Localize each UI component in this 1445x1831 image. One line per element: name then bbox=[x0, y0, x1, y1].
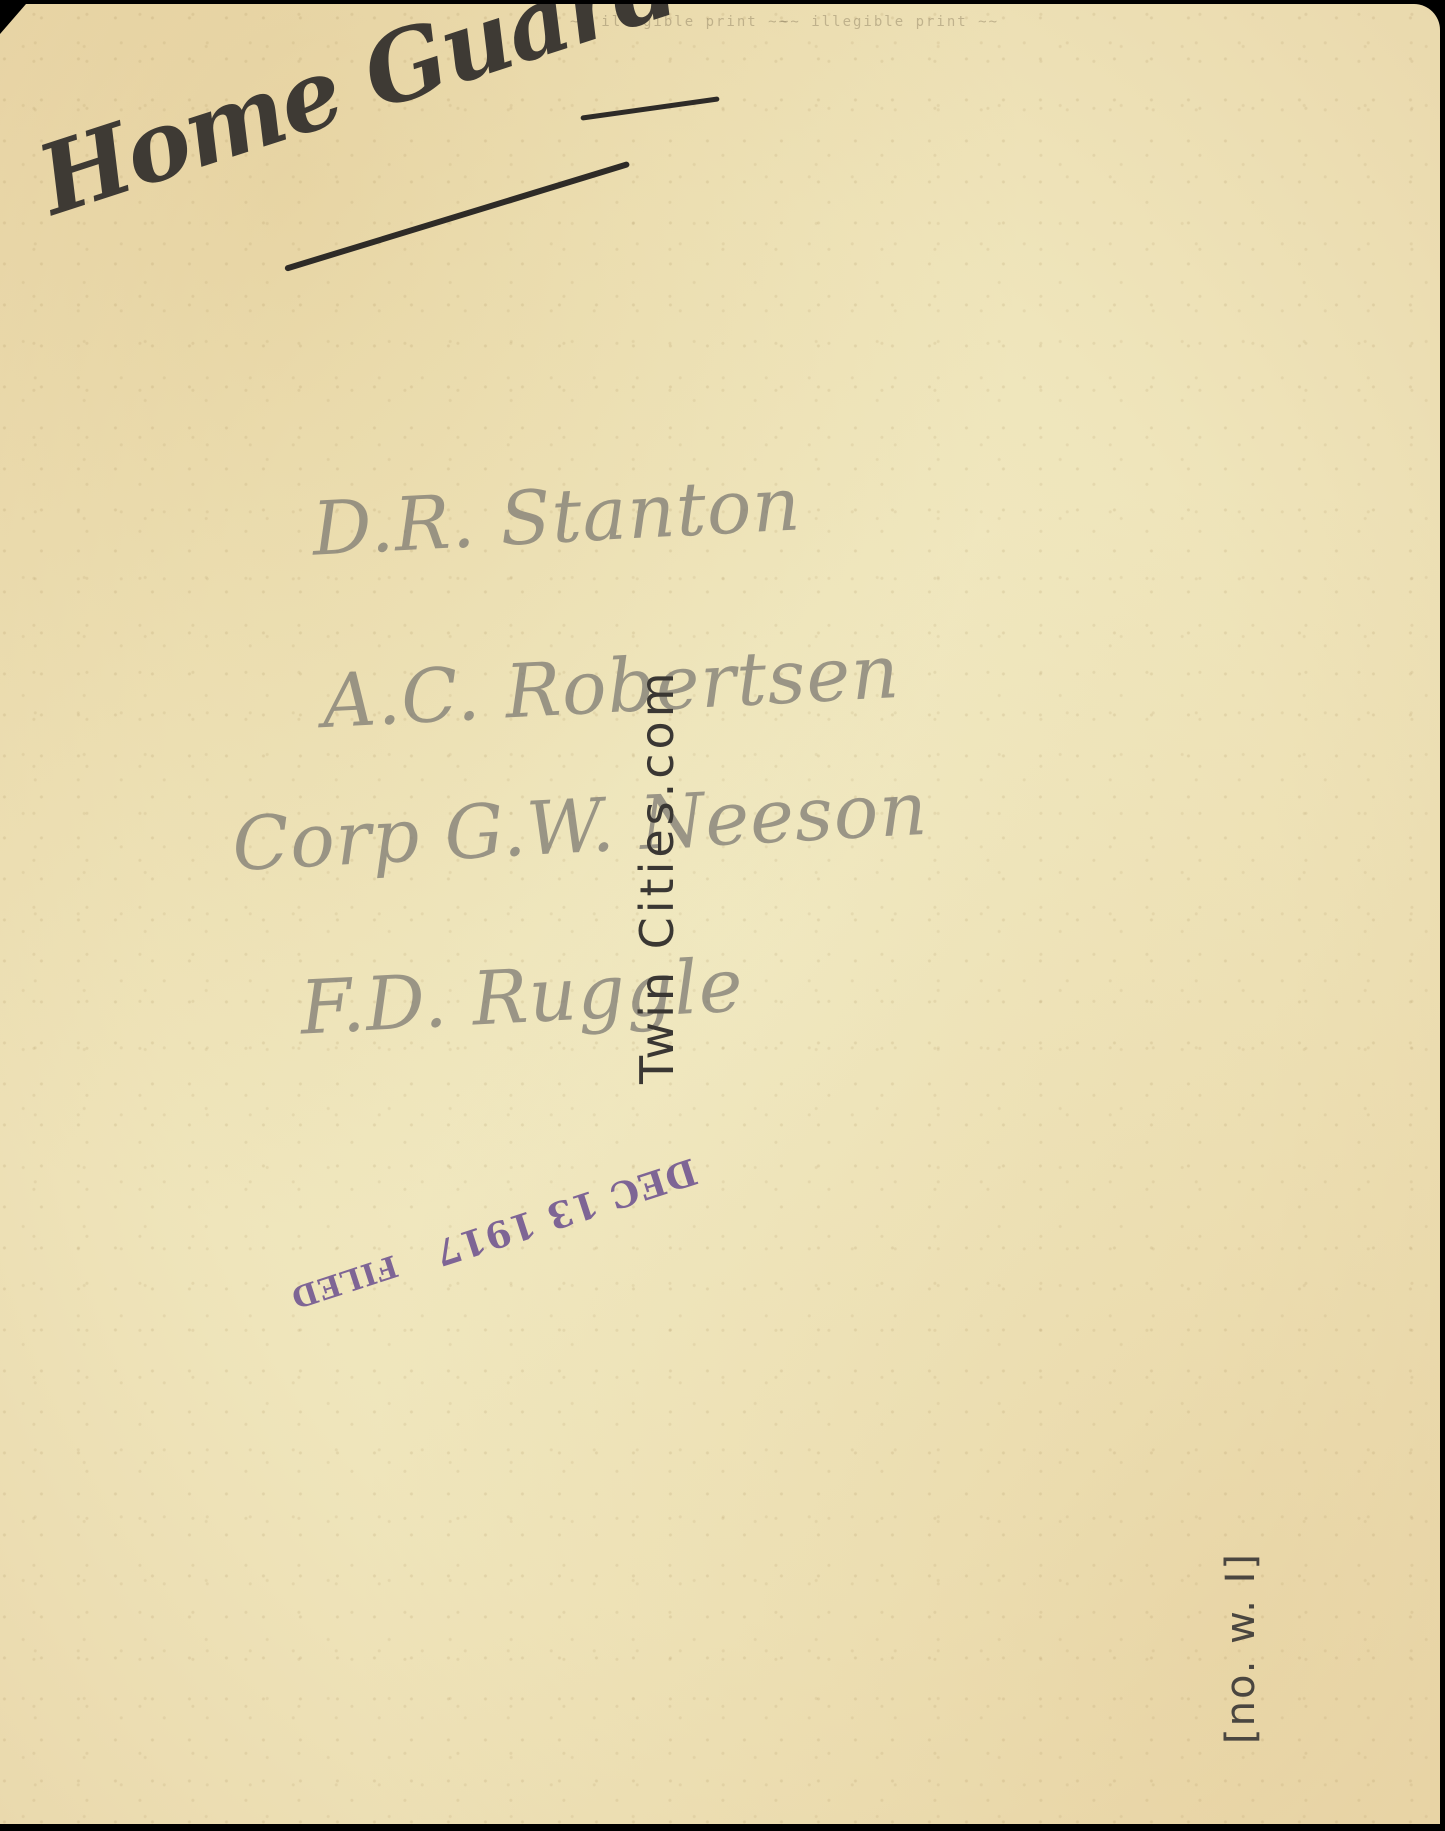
photo-back-card: ~~ illegible print ~~ ~~ illegible print… bbox=[0, 4, 1440, 1824]
handwritten-name-2: A.C. Robertsen bbox=[320, 629, 902, 745]
handwritten-name-3: Corp G.W. Neeson bbox=[230, 766, 930, 888]
stamp-date: DEC 13 1917 bbox=[429, 1150, 702, 1275]
heading-underline-stroke bbox=[284, 161, 630, 272]
catalog-mark: [no. w. I] bbox=[1218, 1552, 1264, 1744]
stamp-filed-label: FILED bbox=[286, 1247, 402, 1314]
handwritten-name-1: D.R. Stanton bbox=[310, 461, 803, 572]
vertical-note-twin-cities: Twin Cities.com bbox=[630, 668, 684, 1084]
faint-top-print-right: ~~ illegible print ~~ bbox=[780, 14, 999, 30]
filed-date-stamp: DEC 13 1917 FILED bbox=[286, 1150, 702, 1321]
heading-flourish-stroke bbox=[580, 96, 719, 120]
